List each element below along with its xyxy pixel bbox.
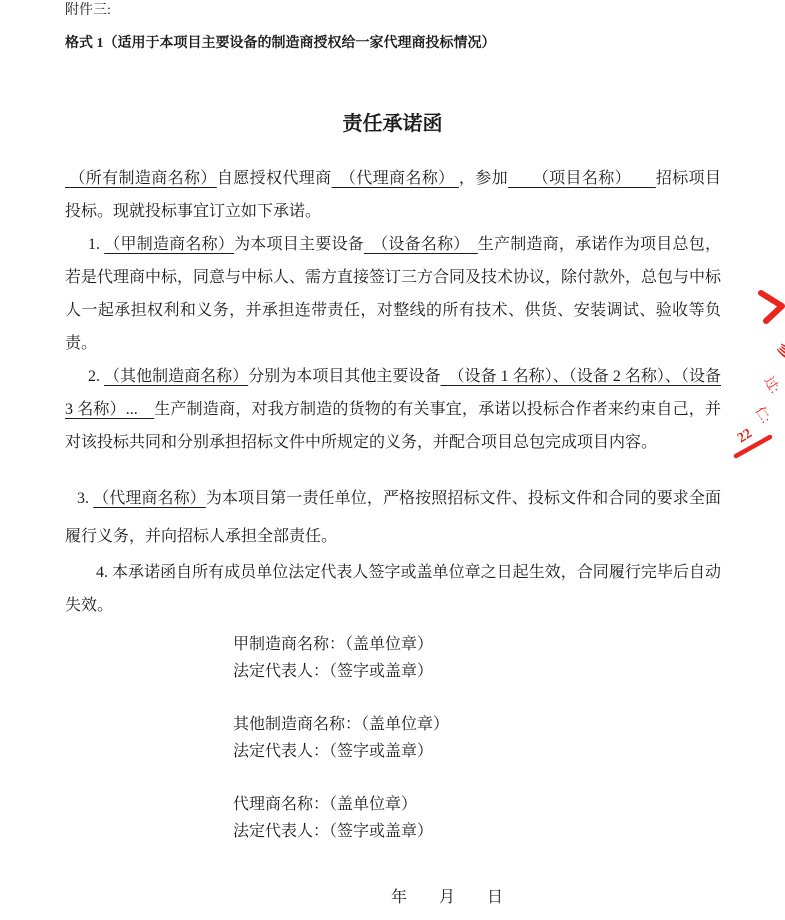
paragraph-text: 1. — [88, 236, 104, 253]
document-title: 责任承诺函 — [0, 111, 785, 137]
paragraph-intro: （所有制造商名称）自愿授权代理商 （代理商名称） ，参加 （项目名称） 招标项目… — [65, 162, 721, 228]
fill-in-blank: （项目名称） — [508, 170, 656, 187]
red-stamp-annotation: 参 过: 仁: 22 — [733, 290, 785, 465]
red-stamp-char-fragment: 参 — [773, 336, 785, 367]
paragraph-text: 生产制造商，承诺作为项目总包，若是代理商中标，同意与中标人、需方直接签订三方合同… — [65, 236, 721, 352]
paragraph-text: 为本项目主要设备 — [234, 236, 364, 253]
paragraph-text: 生产制造商，对我方制造的货物的有关事宜，承诺以投标合作者来约束自己，并对该投标共… — [65, 401, 721, 451]
paragraph-item-4: 4. 本承诺函自所有成员单位法定代表人签字或盖单位章之日起生效，合同履行完毕后自… — [65, 556, 721, 622]
format-heading: 格式 1（适用于本项目主要设备的制造商授权给一家代理商投标情况） — [65, 35, 496, 53]
red-stamp-number: 22 — [735, 426, 755, 446]
date-line: 年 月 日 — [391, 887, 503, 909]
paragraph-text: 3. — [77, 490, 93, 507]
paragraph-text: 分别为本项目其他主要设备 — [248, 368, 440, 385]
fill-in-blank: （所有制造商名称） — [69, 170, 216, 187]
red-stamp-char-fragment: 仁: — [752, 404, 774, 426]
paragraph-text: 自愿授权代理商 — [217, 170, 332, 187]
signature-group-1: 甲制造商名称：（盖单位章）法定代表人：（签字或盖章） — [233, 631, 449, 685]
paragraph-text: 4. 本承诺函自所有成员单位法定代表人签字或盖单位章之日起生效，合同履行完毕后自… — [65, 564, 721, 614]
document-paragraphs: （所有制造商名称）自愿授权代理商 （代理商名称） ，参加 （项目名称） 招标项目… — [65, 162, 721, 622]
fill-in-blank: （代理商名称） — [331, 170, 458, 187]
fill-in-blank: （设备名称） — [364, 236, 478, 253]
signature-group-3: 代理商名称：（盖单位章）法定代表人：（签字或盖章） — [233, 791, 449, 845]
fill-in-blank: （其他制造商名称） — [104, 368, 248, 385]
fill-in-blank: （代理商名称） — [93, 490, 206, 507]
signature-group-2: 其他制造商名称：（盖单位章）法定代表人：（签字或盖章） — [233, 711, 449, 765]
signature-name-line: 甲制造商名称：（盖单位章） — [233, 631, 449, 658]
paragraph-text: ，参加 — [459, 170, 508, 187]
paragraph-text: 2. — [88, 368, 104, 385]
paragraph-item-2: 2. （其他制造商名称）分别为本项目其他主要设备 （设备 1 名称）、（设备 2… — [65, 360, 721, 459]
fill-in-blank: （甲制造商名称） — [104, 236, 234, 253]
red-stamp-stroke — [761, 293, 782, 321]
attachment-label: 附件三: — [65, 2, 111, 20]
paragraph-item-1: 1. （甲制造商名称）为本项目主要设备 （设备名称） 生产制造商，承诺作为项目总… — [65, 228, 721, 360]
signature-representative-line: 法定代表人：（签字或盖章） — [233, 658, 449, 685]
red-stamp-char-fragment: 过: — [761, 374, 783, 396]
signature-representative-line: 法定代表人：（签字或盖章） — [233, 738, 449, 765]
signature-name-line: 代理商名称：（盖单位章） — [233, 791, 449, 818]
document-page: 附件三: 格式 1（适用于本项目主要设备的制造商授权给一家代理商投标情况） 责任… — [0, 0, 785, 920]
signature-section: 甲制造商名称：（盖单位章）法定代表人：（签字或盖章）其他制造商名称：（盖单位章）… — [233, 631, 449, 871]
signature-name-line: 其他制造商名称：（盖单位章） — [233, 711, 449, 738]
paragraph-item-3: 3. （代理商名称）为本项目第一责任单位，严格按照招标文件、投标文件和合同的要求… — [65, 480, 721, 556]
signature-representative-line: 法定代表人：（签字或盖章） — [233, 818, 449, 845]
